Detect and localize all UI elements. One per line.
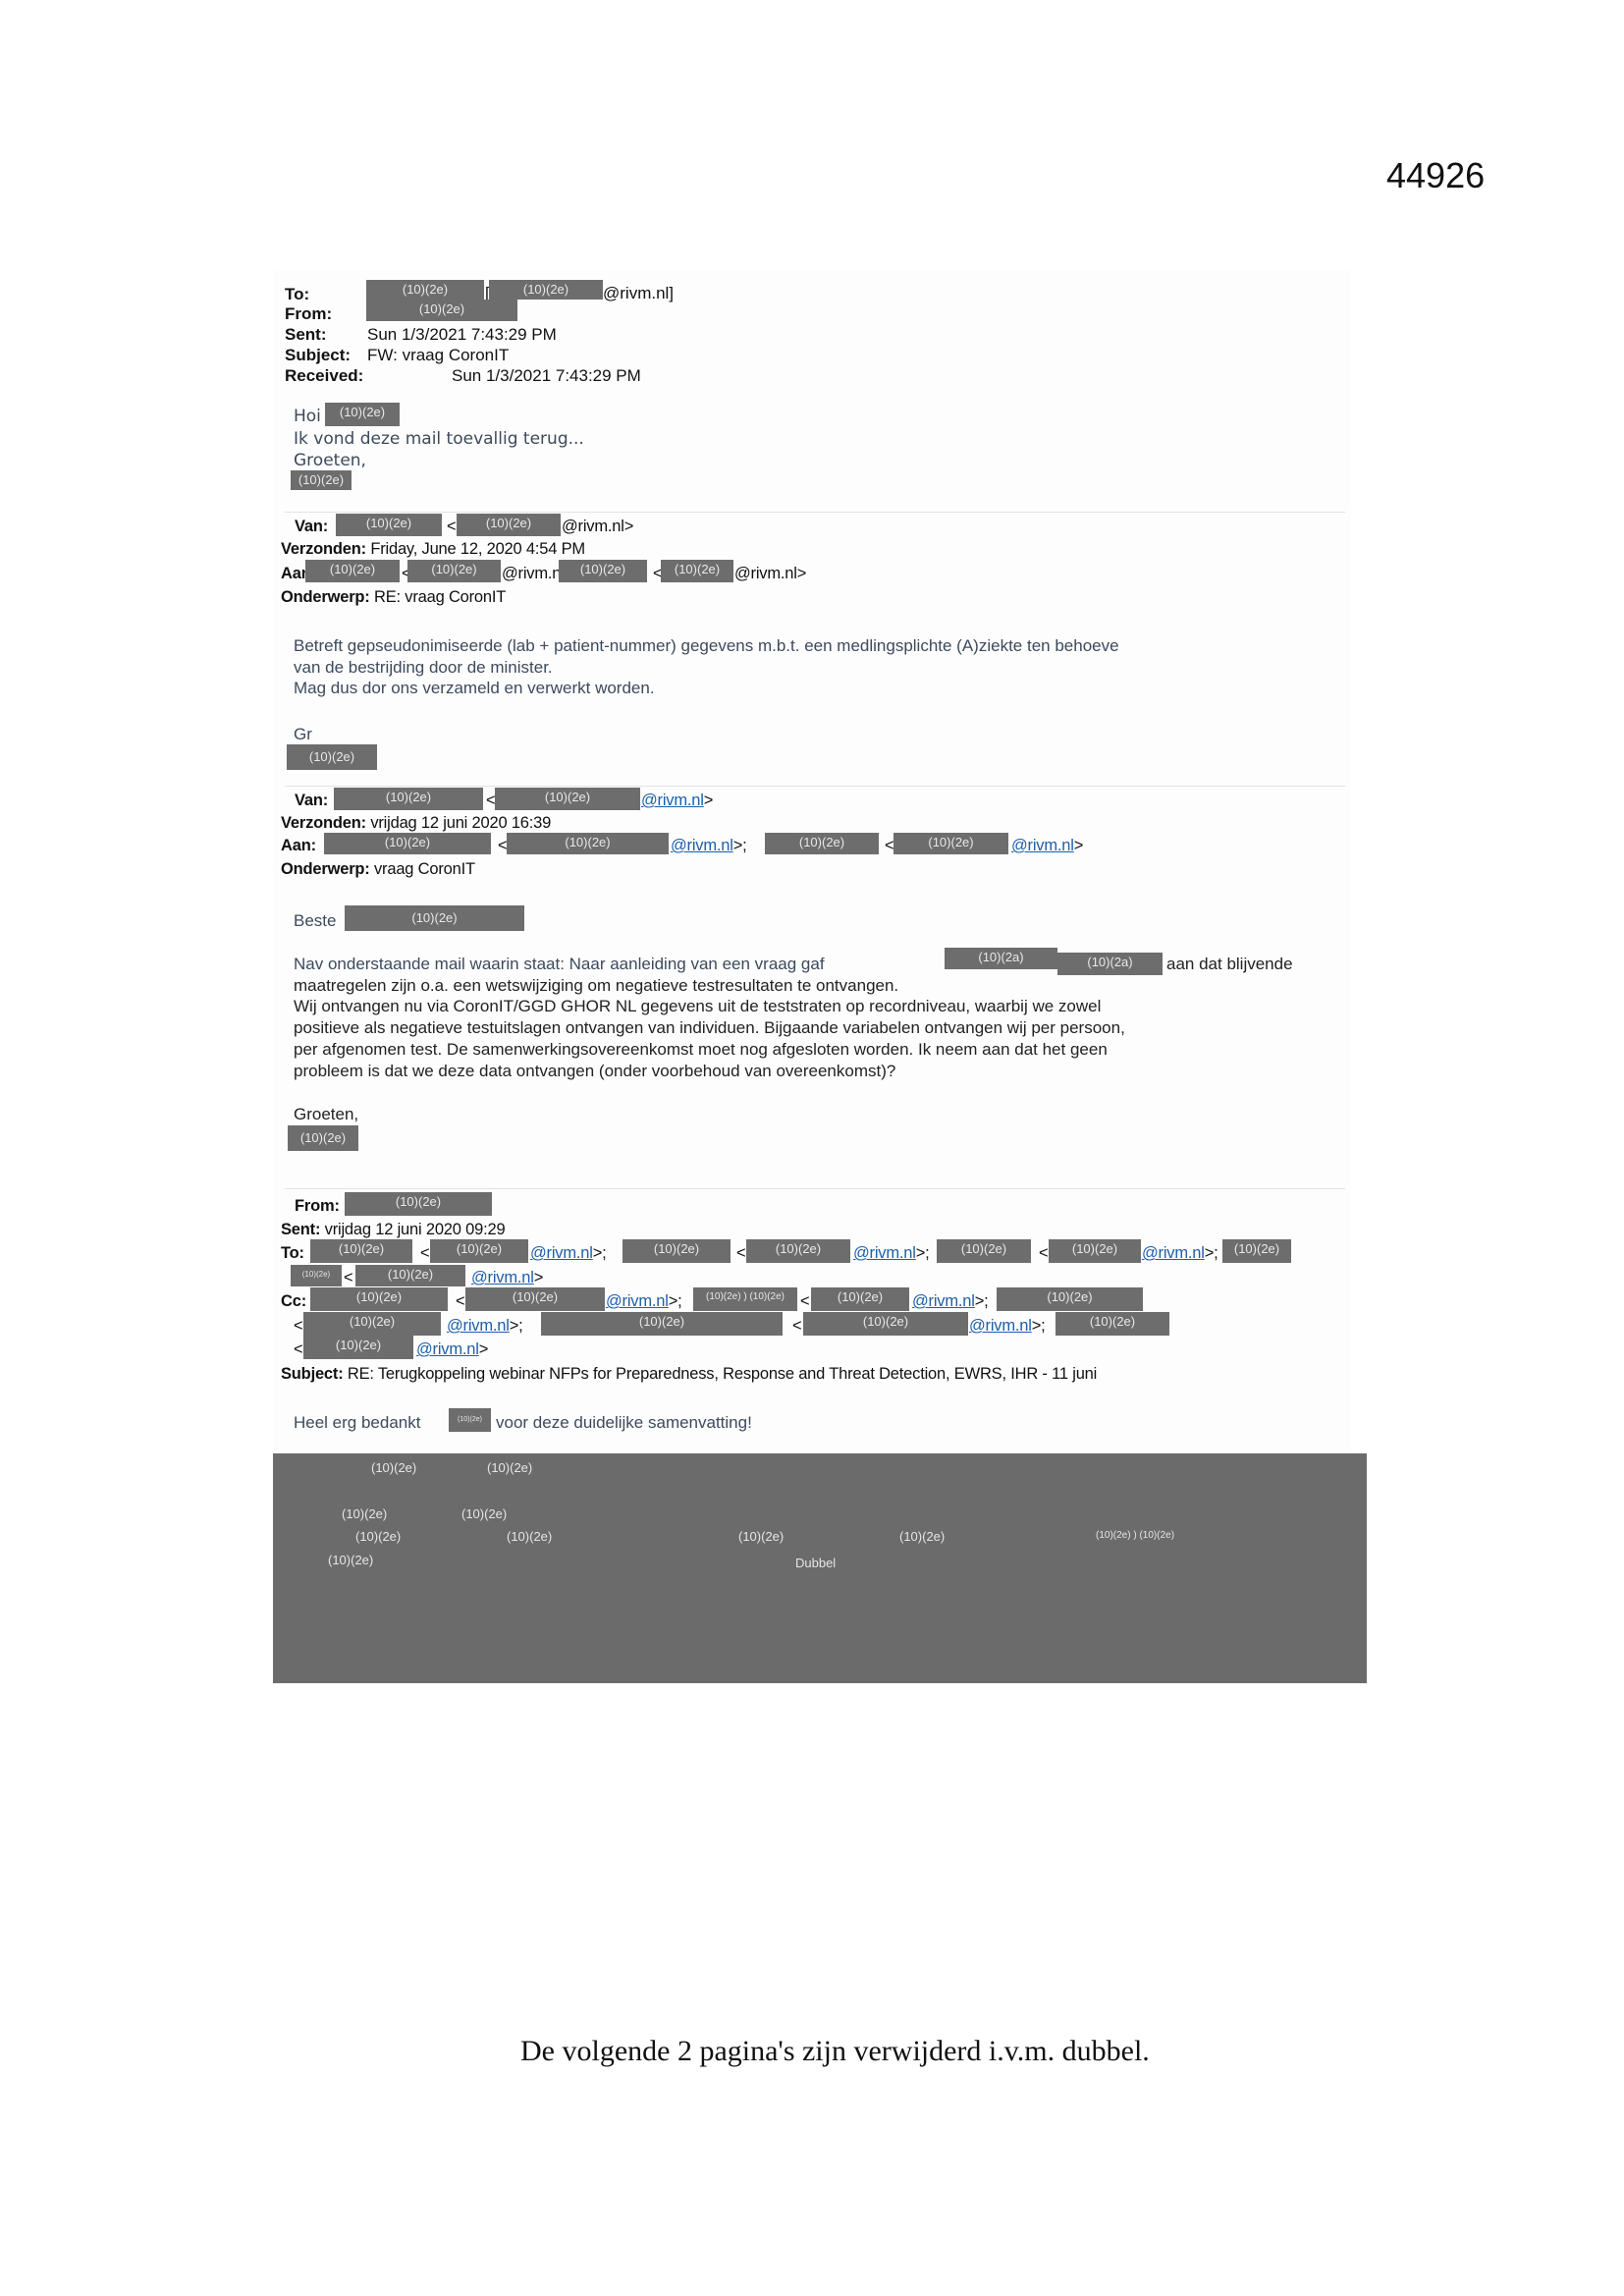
greeting: Hoi xyxy=(294,407,321,426)
email-link[interactable]: @rivm.nl xyxy=(969,1317,1032,1335)
redaction: (10)(2e) xyxy=(291,1265,342,1286)
closing: Groeten, xyxy=(294,1105,358,1124)
greeting: Beste xyxy=(294,911,336,931)
body-text: Heel erg bedankt xyxy=(294,1413,420,1433)
email-link[interactable]: @rivm.nl xyxy=(1142,1244,1205,1262)
redaction: (10)(2a) xyxy=(945,948,1057,969)
dubbel-label: Dubbel xyxy=(795,1556,836,1570)
body-line: Ik vond deze mail toevallig terug... xyxy=(294,429,584,449)
van-label: Van: xyxy=(295,518,328,535)
van-label: Van: xyxy=(295,792,328,809)
gt: >; xyxy=(916,1244,930,1262)
verzonden-value: Friday, June 12, 2020 4:54 PM xyxy=(370,540,585,558)
body-text: aan dat blijvende xyxy=(1166,955,1293,974)
redaction: (10)(2e) xyxy=(430,1239,528,1263)
email-domain: @rivm.nl> xyxy=(562,518,633,536)
redaction: (10)(2e) xyxy=(324,833,491,854)
from-label: From: xyxy=(295,1197,340,1215)
redaction: (10)(2e) xyxy=(507,833,669,854)
redaction: (10)(2e) xyxy=(997,1287,1143,1311)
page-number: 44926 xyxy=(1386,155,1485,196)
redaction-label: (10)(2e) xyxy=(738,1529,784,1544)
lt: < xyxy=(1039,1244,1048,1263)
closing: Groeten, xyxy=(294,451,366,470)
redaction-label: (10)(2e) xyxy=(487,1460,532,1475)
gt: >; xyxy=(1205,1244,1218,1262)
redaction: (10)(2e) xyxy=(811,1287,909,1311)
redaction: (10)(2e) xyxy=(303,1336,413,1359)
lt: < xyxy=(294,1340,302,1359)
gt: >; xyxy=(669,1292,682,1310)
verzonden-label: Verzonden: xyxy=(281,540,366,558)
redaction: (10)(2e) xyxy=(407,560,501,582)
verzonden-value: vrijdag 12 juni 2020 16:39 xyxy=(370,814,551,832)
body-line: Wij ontvangen nu via CoronIT/GGD GHOR NL… xyxy=(294,997,1101,1016)
email-link[interactable]: @rivm.nl xyxy=(471,1269,534,1286)
email-link[interactable]: @rivm.nl xyxy=(853,1244,916,1262)
body-line: van de bestrijding door de minister. xyxy=(294,658,553,678)
redaction: (10)(2e) xyxy=(803,1312,968,1336)
to-domain: @rivm.nl] xyxy=(603,284,674,303)
redaction: (10)(2e) xyxy=(746,1239,850,1263)
subject-label: Subject: xyxy=(285,346,351,364)
lt: < xyxy=(447,518,456,536)
lt: < xyxy=(420,1244,429,1263)
redaction-label: (10)(2e) xyxy=(328,1553,373,1567)
email-link[interactable]: @rivm.nl xyxy=(641,792,704,809)
redaction: (10)(2e) xyxy=(1222,1239,1291,1263)
redaction: (10)(2e) xyxy=(287,744,377,770)
redaction: (10)(2e) xyxy=(345,1192,492,1216)
redaction: (10)(2e) xyxy=(465,1287,605,1311)
redaction: (10)(2e) xyxy=(623,1239,731,1263)
redaction: (10)(2e) xyxy=(366,300,517,321)
sent-value: vrijdag 12 juni 2020 09:29 xyxy=(325,1221,506,1238)
lt: < xyxy=(456,1292,464,1311)
gt: > xyxy=(1074,837,1083,854)
email-link[interactable]: @rivm.nl xyxy=(606,1292,669,1310)
redaction: (10)(2e) xyxy=(1049,1239,1141,1263)
gt: >; xyxy=(733,837,747,854)
redaction: (10)(2e) xyxy=(489,280,603,300)
sent-label: Sent: xyxy=(281,1221,320,1238)
lt: < xyxy=(736,1244,745,1263)
redaction: (10)(2e) xyxy=(291,470,352,490)
redaction: (10)(2e) xyxy=(541,1312,783,1336)
redaction: (10)(2e) xyxy=(937,1239,1031,1263)
divider xyxy=(285,512,1345,513)
to-label: To: xyxy=(281,1244,304,1262)
verzonden-label: Verzonden: xyxy=(281,814,366,832)
subject-value: RE: Terugkoppeling webinar NFPs for Prep… xyxy=(348,1365,1097,1383)
redaction-label: (10)(2e) xyxy=(507,1529,552,1544)
redaction-label: (10)(2e) xyxy=(461,1506,507,1521)
closing: Gr xyxy=(294,725,312,744)
gt: >; xyxy=(510,1317,523,1335)
redaction: (10)(2e) xyxy=(893,833,1008,854)
subject-value: FW: vraag CoronIT xyxy=(367,346,509,365)
footer-note: De volgende 2 pagina's zijn verwijderd i… xyxy=(520,2035,1150,2068)
body-line: probleem is dat we deze data ontvangen (… xyxy=(294,1062,895,1081)
redaction: (10)(2e) xyxy=(449,1408,491,1432)
redaction-label: (10)(2e) ) (10)(2e) xyxy=(1096,1530,1174,1541)
lt: < xyxy=(294,1317,302,1336)
gt: > xyxy=(704,792,713,809)
onderwerp-label: Onderwerp: xyxy=(281,860,370,878)
body-line: Mag dus dor ons verzameld en verwerkt wo… xyxy=(294,679,655,698)
redaction: (10)(2e) xyxy=(559,560,647,582)
redaction-label: (10)(2e) xyxy=(342,1506,387,1521)
body-line: per afgenomen test. De samenwerkingsover… xyxy=(294,1040,1108,1060)
body-text: Nav onderstaande mail waarin staat: Naar… xyxy=(294,955,825,973)
email-link[interactable]: @rivm.nl xyxy=(912,1292,975,1310)
gt: > xyxy=(534,1269,543,1286)
email-link[interactable]: @rivm.nl xyxy=(447,1317,510,1335)
redaction: (10)(2e) ) (10)(2e) xyxy=(693,1287,797,1311)
cc-label: Cc: xyxy=(281,1292,306,1310)
body-line: Betreft gepseudonimiseerde (lab + patien… xyxy=(294,636,1119,656)
redaction: (10)(2e) xyxy=(303,1312,441,1336)
email-link[interactable]: @rivm.nl xyxy=(530,1244,593,1262)
redaction: (10)(2e) xyxy=(345,905,524,931)
redaction: (10)(2e) xyxy=(1056,1312,1169,1336)
redaction-label: (10)(2e) xyxy=(371,1460,416,1475)
divider xyxy=(285,786,1345,787)
email-domain: @rivm.nl> xyxy=(734,565,806,583)
redaction: (10)(2e) xyxy=(495,788,640,810)
redaction: (10)(2e) xyxy=(325,403,400,426)
email-link[interactable]: @rivm.nl xyxy=(1011,837,1074,854)
aan-label: Aan: xyxy=(281,837,316,854)
gt: >; xyxy=(975,1292,989,1310)
onderwerp-label: Onderwerp: xyxy=(281,588,370,606)
sent-label: Sent: xyxy=(285,325,327,344)
body-line: positieve als negatieve testuitslagen on… xyxy=(294,1018,1125,1038)
gt: > xyxy=(479,1340,488,1358)
email-link[interactable]: @rivm.nl xyxy=(416,1340,479,1358)
received-value: Sun 1/3/2021 7:43:29 PM xyxy=(452,366,641,386)
divider xyxy=(285,1188,1345,1189)
onderwerp-value: vraag CoronIT xyxy=(374,860,475,878)
redaction: (10)(2e) xyxy=(457,514,561,536)
from-label: From: xyxy=(285,304,332,323)
sent-value: Sun 1/3/2021 7:43:29 PM xyxy=(367,325,557,345)
onderwerp-value: RE: vraag CoronIT xyxy=(374,588,506,606)
redaction: (10)(2e) xyxy=(355,1265,465,1286)
lt: < xyxy=(800,1292,809,1311)
lt: < xyxy=(792,1317,801,1336)
gt: >; xyxy=(1032,1317,1046,1335)
redaction: (10)(2a) xyxy=(1057,953,1163,975)
body-line: maatregelen zijn o.a. een wetswijziging … xyxy=(294,976,898,996)
gt: >; xyxy=(593,1244,607,1262)
email-link[interactable]: @rivm.nl xyxy=(671,837,733,854)
redaction: (10)(2e) xyxy=(336,514,442,536)
redaction: (10)(2e) xyxy=(661,560,733,582)
lt: < xyxy=(344,1269,352,1287)
body-text: voor deze duidelijke samenvatting! xyxy=(496,1413,752,1433)
redaction: (10)(2e) xyxy=(305,560,400,582)
redaction-label: (10)(2e) xyxy=(899,1529,945,1544)
subject-label: Subject: xyxy=(281,1365,344,1383)
redaction: (10)(2e) xyxy=(310,1239,412,1263)
to-label: To: xyxy=(285,285,309,303)
redacted-duplicate-block: (10)(2e) (10)(2e) (10)(2e) (10)(2e) (10)… xyxy=(273,1453,1367,1683)
received-label: Received: xyxy=(285,366,363,385)
redaction: (10)(2e) xyxy=(310,1287,448,1311)
redaction: (10)(2e) xyxy=(334,788,483,810)
redaction: (10)(2e) xyxy=(366,280,484,300)
redaction-label: (10)(2e) xyxy=(355,1529,401,1544)
redaction: (10)(2e) xyxy=(288,1125,358,1151)
redaction: (10)(2e) xyxy=(765,833,879,854)
